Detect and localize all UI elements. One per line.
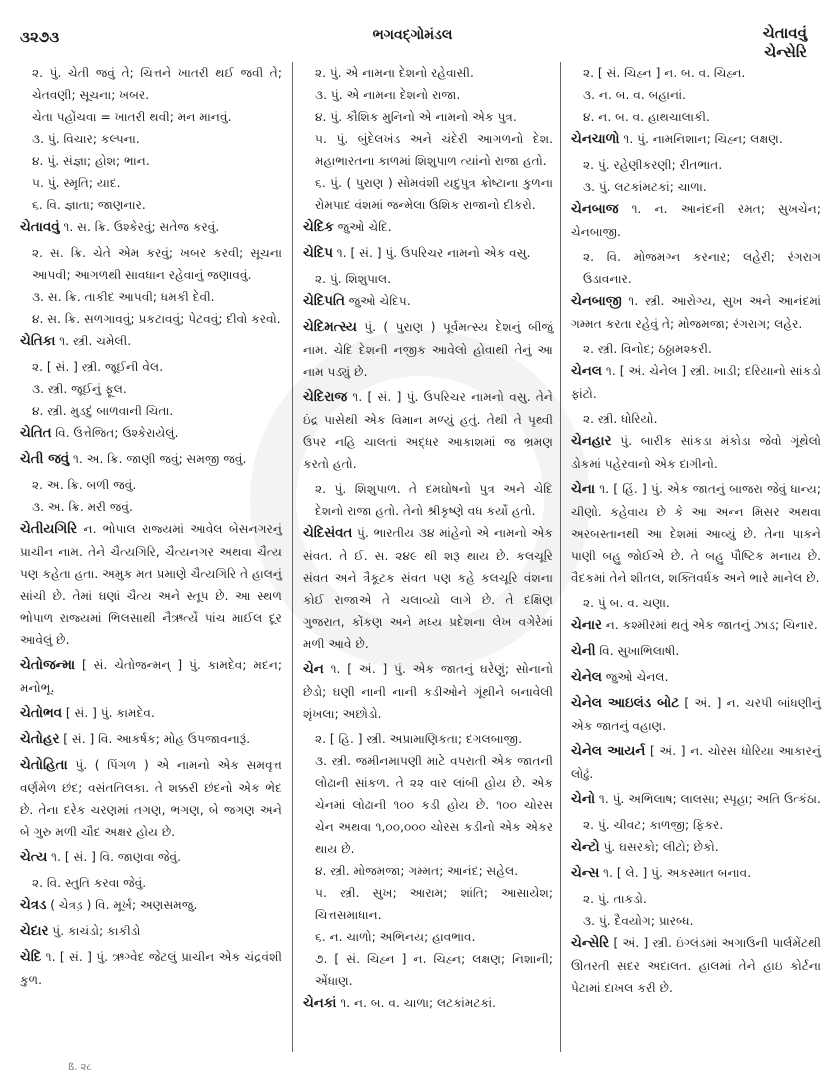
- sense-definition: ૨. પું. શિશુપાળ. તે દમઘોષનો પુત્ર અને ચે…: [315, 478, 553, 522]
- sense-definition: ૨. સ્ત્રી. વિનોદ; ઠઠ્ઠામશ્કરી.: [583, 338, 821, 360]
- column-2: ૨. પું. એ નામના દેશનો રહેવાસી.૩. પું. એ …: [292, 62, 553, 1052]
- dictionary-entry: ચેનકાં ૧. ન. બ. વ. ચાળા; લટકાંમટકાં.: [303, 992, 553, 1015]
- dictionary-entry: ચેનો ૧. પું. અભિલાષ; લાલસા; સ્પૃહા; અતિ …: [571, 788, 821, 811]
- dictionary-entry: ચેદિસંવત પું. ભારતીય ૩૪ માંહેનો એ નામનો …: [303, 522, 553, 655]
- dictionary-entry: ચેદિરાજ ૧. [ સં. ] પું. ઉપરિચર નામનો વસુ…: [303, 386, 553, 475]
- sense-definition: ૨. સ. ક્રિ. ચેતે એમ કરવું; ખબર કરવી; સૂચ…: [32, 242, 282, 286]
- headword: ચેદિપ: [303, 246, 333, 261]
- definition: ૧. [ અં. ] પું. એક જાતનું ઘરેણું; સોનાનો…: [303, 662, 553, 721]
- sense-definition: ૨. અ. ક્રિ. બળી જવું.: [32, 474, 282, 496]
- headword: ચેનો: [571, 792, 595, 807]
- definition: ૧. પું. નામનિશાન; ચિહ્ન; લક્ષણ.: [623, 132, 782, 146]
- sense-definition: ૬. વિ. જ્ઞાતા; જાણનાર.: [32, 194, 282, 216]
- page-title: ભગવદ્ગોમંડલ: [0, 27, 825, 43]
- sense-definition: ૨. પું. તાકડો.: [583, 888, 821, 910]
- sense-definition: ૨. વિ. મોજમગ્ન કરનાર; લહેરી; રંગરાગ ઉડાવ…: [583, 246, 821, 290]
- sense-definition: ૨. પું. ચીવટ; કાળજી; ફિકર.: [583, 814, 821, 836]
- dictionary-entry: ચેન ૧. [ અં. ] પું. એક જાતનું ઘરેણું; સો…: [303, 658, 553, 725]
- headword: ચેતીયગિરિ: [20, 522, 77, 537]
- dictionary-columns: ૨. પું. ચેતી જવું તે; ચિત્તને ખાતરી થઈ જ…: [20, 62, 810, 1052]
- dictionary-entry: ચેદિમત્સ્ય પું. ( પુરાણ ) પૂર્વમત્સ્ય દે…: [303, 316, 553, 383]
- headword: ચેન: [303, 662, 324, 677]
- definition: ૧. [ અં. ચેનેલ ] સ્ત્રી. ખાડી; દરિયાનો સ…: [571, 364, 821, 401]
- headword: ચેતિત: [20, 426, 52, 441]
- definition: ( ચેત્રડ઼ ) વિ. મૂર્ખ; અણસમજુ.: [50, 898, 197, 912]
- sense-definition: ૨. પું. રહેણીકરણી; રીતભાત.: [583, 154, 821, 176]
- headword: ચેનહાર: [571, 434, 611, 449]
- headword: ચેતાવવું: [20, 220, 60, 235]
- dictionary-entry: ચેતોભવ [ સં. ] પું. કામદેવ.: [20, 702, 282, 725]
- headword: ચેદિસંવત: [303, 526, 352, 541]
- headword: ચેતી જવું: [20, 452, 69, 467]
- headword: ચેન્ટો: [571, 840, 600, 855]
- headword: ચેદિમત્સ્ય: [303, 320, 357, 335]
- sense-definition: ૫. પું. સ્મૃતિ; યાદ.: [32, 172, 282, 194]
- guide-words: ચેતાવવું ચેન્સેરિ: [763, 24, 807, 62]
- headword: ચેન્સ: [571, 866, 599, 881]
- headword: ચેદિરાજ: [303, 390, 347, 405]
- sense-definition: ૨. વિ. સ્તુતિ કરવા જેવું.: [32, 872, 282, 894]
- dictionary-entry: ચેન્સેરિ [ અં. ] સ્ત્રી. ઇંગ્લંડમાં અગાઉ…: [571, 932, 821, 999]
- sense-definition: ૨. પું. શિશુપાલ.: [315, 268, 553, 290]
- dictionary-entry: ચેન્ટો પું. ઘસરકો; લીટો; છેકો.: [571, 836, 821, 859]
- definition: ૧. [ સં. ] પું. ઉપરિચર નામનો એક વસુ.: [337, 246, 531, 260]
- definition: ન. ભોપાલ રાજ્યમાં આવેલ બેસનગરનું પ્રાચીન…: [20, 522, 282, 647]
- definition: ૧. પું. અભિલાષ; લાલસા; સ્પૃહા; અતિ ઉત્કં…: [599, 792, 821, 806]
- definition: ૧. સ. ક્રિ. ઉશ્કેરવું; સતેજ કરવું.: [63, 220, 219, 234]
- headword: ચેત્રડ: [20, 898, 46, 913]
- headword: ચેદિ: [20, 950, 41, 965]
- definition: ૧. [ સં. ] પું. ઋગ્વેદ જેટલું પ્રાચીન એક…: [20, 950, 282, 987]
- sense-definition: ૪. પું. સંજ્ઞા; હોશ; ભાન.: [32, 150, 282, 172]
- dictionary-entry: ચેનલ ૧. [ અં. ચેનેલ ] સ્ત્રી. ખાડી; દરિય…: [571, 360, 821, 405]
- dictionary-entry: ચેતોહિતા પું. ( પિંગળ ) એ નામનો એક સમવૃત…: [20, 754, 282, 843]
- dictionary-entry: ચેદિ ૧. [ સં. ] પું. ઋગ્વેદ જેટલું પ્રાચ…: [20, 946, 282, 991]
- definition: ન. કશ્મીરમાં થતું એક જાતનું ઝાડ; ચિનાર.: [606, 618, 818, 632]
- dictionary-entry: ચેનાર ન. કશ્મીરમાં થતું એક જાતનું ઝાડ; ચ…: [571, 614, 821, 637]
- definition: પું. ભારતીય ૩૪ માંહેનો એ નામનો એક સંવત. …: [303, 526, 553, 651]
- dictionary-entry: ચેત્ય ૧. [ સં. ] વિ. જાણવા જેવું.: [20, 846, 282, 869]
- sense-definition: ૪. સ્ત્રી. મુડદું બાળવાની ચિતા.: [32, 400, 282, 422]
- dictionary-entry: ચેતોજન્મા [ સં. ચેતોજન્મન્ ] પું. કામદેવ…: [20, 654, 282, 699]
- dictionary-entry: ચેદિપતિ જુઓ ચેદિપ.: [303, 290, 553, 313]
- sense-definition: ૪. ન. બ. વ. હાથચાલાકી.: [583, 106, 821, 128]
- dictionary-entry: ચેનબાજી ૧. સ્ત્રી. આરોગ્ય, સુખ અને આનંદમ…: [571, 290, 821, 335]
- page-header: ૩૨૭૩ ભગવદ્ગોમંડલ ચેતાવવું ચેન્સેરિ: [0, 0, 825, 60]
- definition: જુઓ ચેદિપ.: [349, 294, 411, 308]
- sense-definition: ૩. અ. ક્રિ. મરી જવું.: [32, 496, 282, 518]
- headword: ચેના: [571, 482, 595, 497]
- headword: ચેતોહર: [20, 732, 59, 747]
- sense-definition: ૨. પું. ચેતી જવું તે; ચિત્તને ખાતરી થઈ જ…: [32, 62, 282, 106]
- sense-definition: ૨. સ્ત્રી. ધોરિયો.: [583, 408, 821, 430]
- sense-definition: ૨. પું બ. વ. ચણા.: [583, 592, 821, 614]
- dictionary-entry: ચેનચાળો ૧. પું. નામનિશાન; ચિહ્ન; લક્ષણ.: [571, 128, 821, 151]
- sense-definition: ૨. [ સં. ચિહ્ન ] ન. બ. વ. ચિહ્ન.: [583, 62, 821, 84]
- dictionary-entry: ચેનેલ જુઓ ચેનલ.: [571, 666, 821, 689]
- dictionary-entry: ચેદિક જુઓ ચેદિ.: [303, 216, 553, 239]
- sense-definition: ૬. પું. ( પુરાણ ) સોમવંશી યદુપુત્ર ક્રોષ…: [315, 172, 553, 216]
- headword: ચેત્ય: [20, 850, 47, 865]
- sense-definition: ૩. સ્ત્રી. જમીનમાપણી માટે વપરાતી એક જાતન…: [315, 750, 553, 860]
- headword: ચેતિકા: [20, 334, 55, 349]
- dictionary-entry: ચેતિકા ૧. સ્ત્રી. ચમેલી.: [20, 330, 282, 353]
- column-1: ૨. પું. ચેતી જવું તે; ચિત્તને ખાતરી થઈ જ…: [20, 62, 282, 1052]
- headword: ચેતોજન્મા: [20, 658, 75, 673]
- sense-definition: ૫. પું. બુંદેલખંડ અને ચંદેરી આગળનો દેશ. …: [315, 128, 553, 172]
- definition: ૧. ન. બ. વ. ચાળા; લટકાંમટકાં.: [340, 996, 496, 1010]
- sense-definition: ૩. સ. ક્રિ. તાકીદ આપવી; ધમકી દેવી.: [32, 286, 282, 308]
- dictionary-entry: ચેતી જવું ૧. અ. ક્રિ. જાણી જવું; સમજી જવ…: [20, 448, 282, 471]
- sense-definition: ૪. સ. ક્રિ. સળગાવવું; પ્રકટાવવું; પેટવવુ…: [32, 308, 282, 330]
- definition: ૧. સ્ત્રી. ચમેલી.: [59, 334, 131, 348]
- dictionary-entry: ચેતિત વિ. ઉત્તેજિત; ઉશ્કેરાયેલું.: [20, 422, 282, 445]
- headword: ચેનેલ: [571, 670, 602, 685]
- definition: ૧. [ સં. ] વિ. જાણવા જેવું.: [51, 850, 181, 864]
- dictionary-entry: ચેતીયગિરિ ન. ભોપાલ રાજ્યમાં આવેલ બેસનગરન…: [20, 518, 282, 651]
- headword: ચેતોહિતા: [20, 758, 68, 773]
- definition: વિ. ઉત્તેજિત; ઉશ્કેરાયેલું.: [55, 426, 178, 440]
- headword: ચેનબાજ: [571, 202, 618, 217]
- guide-word-first: ચેતાવવું: [763, 24, 807, 43]
- definition: જુઓ ચેદિ.: [338, 220, 392, 234]
- sense-definition: ૩. પું. દૈવયોગ; પ્રારબ્ધ.: [583, 910, 821, 932]
- definition: વિ. સુખાભિલાષી.: [599, 644, 679, 658]
- headword: ચેદિક: [303, 220, 334, 235]
- dictionary-entry: ચેના ૧. [ હિં. ] પું. એક જાતનું બાજરા જે…: [571, 478, 821, 589]
- dictionary-entry: ચેની વિ. સુખાભિલાષી.: [571, 640, 821, 663]
- definition: પું. કાચંડો; કાકીડો: [52, 924, 140, 938]
- headword: ચેનેલ આયર્ન: [571, 744, 645, 759]
- dictionary-entry: ચેદિપ ૧. [ સં. ] પું. ઉપરિચર નામનો એક વસ…: [303, 242, 553, 265]
- definition: પું. ઘસરકો; લીટો; છેકો.: [603, 840, 718, 854]
- sense-definition: ૩. ન. બ. વ. બહાનાં.: [583, 84, 821, 106]
- signature-mark: ß. ૨૮: [68, 1062, 92, 1073]
- dictionary-entry: ચેત્રડ ( ચેત્રડ઼ ) વિ. મૂર્ખ; અણસમજુ.: [20, 894, 282, 917]
- sense-definition: ૨. પું. એ નામના દેશનો રહેવાસી.: [315, 62, 553, 84]
- headword: ચેનબાજી: [571, 294, 622, 309]
- definition: [ સં. ] વિ. આકર્ષક; મોહ ઉપજાવનારૂં.: [63, 732, 250, 746]
- headword: ચેનચાળો: [571, 132, 619, 147]
- sense-definition: ૨. [ હિ. ] સ્ત્રી. અપ્રામાણિકતા; દગલબાજી…: [315, 728, 553, 750]
- definition: [ અં. ] સ્ત્રી. ઇંગ્લંડમાં અગાઉની પાર્લમ…: [571, 936, 821, 995]
- headword: ચેદાર: [20, 924, 48, 939]
- headword: ચેનલ: [571, 364, 602, 379]
- sense-definition: ૨. [ સં. ] સ્ત્રી. જૂઈની વેલ.: [32, 356, 282, 378]
- dictionary-entry: ચેનહાર પું. બારીક સાંકડા મંકોડા જેવો ગૂં…: [571, 430, 821, 475]
- dictionary-entry: ચેનેલ આયર્ન [ અં. ] ન. ચોરસ ધોરિયા આકારન…: [571, 740, 821, 785]
- sense-definition: ૪. સ્ત્રી. મોજમજા; ગમ્મત; આનંદ; સહેલ.: [315, 860, 553, 882]
- headword: ચેતોભવ: [20, 706, 62, 721]
- guide-word-last: ચેન્સેરિ: [763, 43, 807, 62]
- headword: ચેનાર: [571, 618, 602, 633]
- sense-definition: ૩. પું. એ નામના દેશનો રાજા.: [315, 84, 553, 106]
- definition: ૧. [ લે. ] પું. અકસ્માત બનાવ.: [603, 866, 751, 880]
- headword: ચેનેલ આઇલંડ બોટ: [571, 696, 679, 711]
- sense-definition: ૭. [ સં. ચિહ્ન ] ન. ચિહ્ન; લક્ષણ; નિશાની…: [315, 948, 553, 992]
- headword: ચેન્સેરિ: [571, 936, 609, 951]
- headword: ચેનકાં: [303, 996, 336, 1011]
- column-3: ૨. [ સં. ચિહ્ન ] ન. બ. વ. ચિહ્ન.૩. ન. બ.…: [560, 62, 821, 1052]
- definition: જુઓ ચેનલ.: [606, 670, 669, 684]
- dictionary-entry: ચેતોહર [ સં. ] વિ. આકર્ષક; મોહ ઉપજાવનારૂ…: [20, 728, 282, 751]
- dictionary-entry: ચેનેલ આઇલંડ બોટ [ અં. ] ન. ચરપી બાંધણીનુ…: [571, 692, 821, 737]
- definition: ૧. [ હિં. ] પું. એક જાતનું બાજરા જેવું ધ…: [571, 482, 821, 585]
- sense-definition: ૫. સ્ત્રી. સુખ; આરામ; શાંતિ; આસાયેશ; ચિત…: [315, 882, 553, 926]
- headword: ચેની: [571, 644, 596, 659]
- dictionary-entry: ચેનબાજ ૧. ન. આનંદની રમત; સુખચેન; ચેનબાજી…: [571, 198, 821, 243]
- sense-definition: ૩. પું. વિચાર; કલ્પના.: [32, 128, 282, 150]
- headword: ચેદિપતિ: [303, 294, 345, 309]
- dictionary-entry: ચેન્સ ૧. [ લે. ] પું. અકસ્માત બનાવ.: [571, 862, 821, 885]
- sense-definition: ૪. પું. કૌશિક મુનિનો એ નામનો એક પુત્ર.: [315, 106, 553, 128]
- sense-definition: ૩. સ્ત્રી. જૂઈનું ફૂલ.: [32, 378, 282, 400]
- definition: ૧. અ. ક્રિ. જાણી જવું; સમજી જવું.: [73, 452, 246, 466]
- definition: [ સં. ] પું. કામદેવ.: [66, 706, 155, 720]
- sense-definition: ૩. પું. લટકાંમટકાં; ચાળા.: [583, 176, 821, 198]
- dictionary-entry: ચેદાર પું. કાચંડો; કાકીડો: [20, 920, 282, 943]
- sense-definition: ચેતા પહોંચવા = ખાતરી થવી; મન માનવું.: [32, 106, 282, 128]
- dictionary-entry: ચેતાવવું ૧. સ. ક્રિ. ઉશ્કેરવું; સતેજ કરવ…: [20, 216, 282, 239]
- sense-definition: ૬. ન. ચાળો; અભિનય; હાવભાવ.: [315, 926, 553, 948]
